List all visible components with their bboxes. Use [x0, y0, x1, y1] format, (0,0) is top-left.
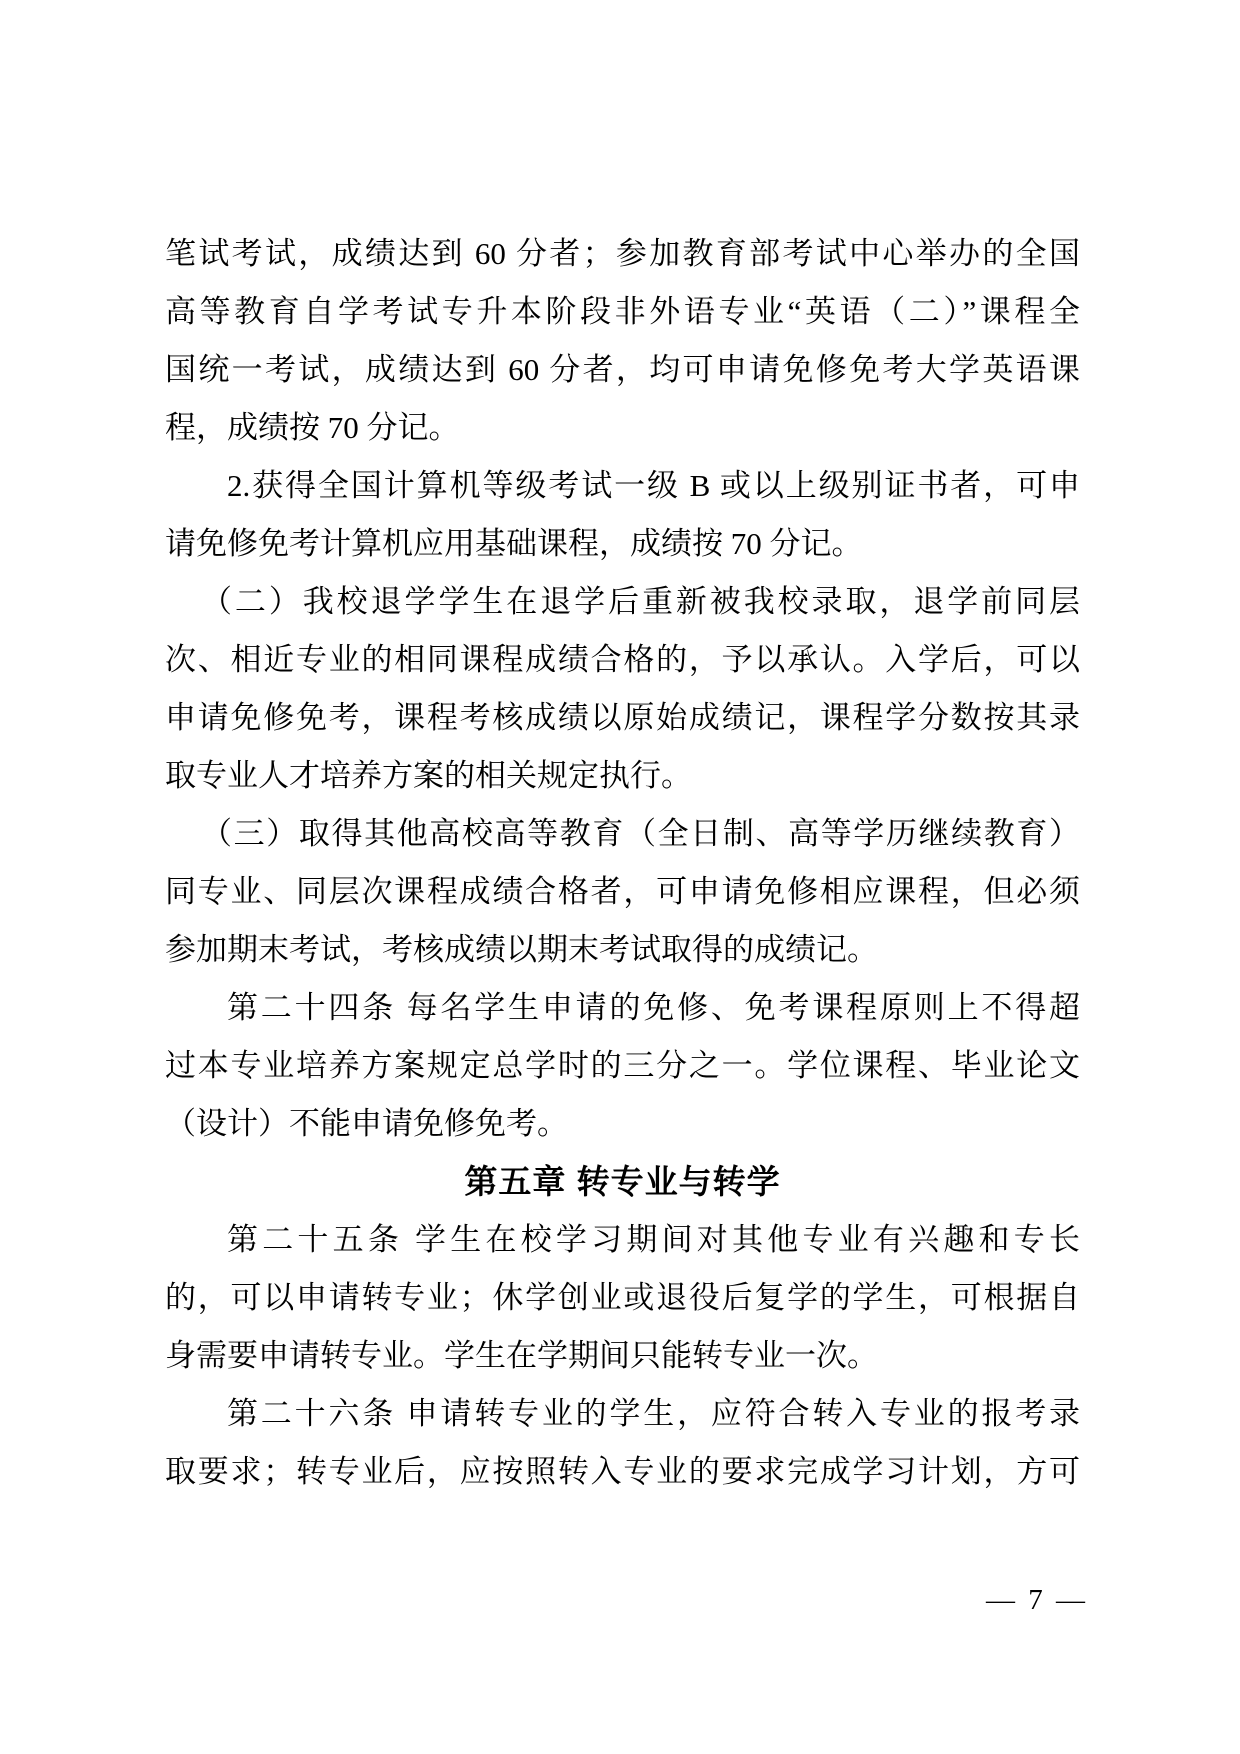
body-text-line: 过本专业培养方案规定总学时的三分之一。学位课程、毕业论文	[165, 1037, 1080, 1095]
article-26-line: 第二十六条 申请转专业的学生，应符合转入专业的报考录	[165, 1385, 1080, 1443]
body-text-line: 的，可以申请转专业；休学创业或退役后复学的学生，可根据自	[165, 1269, 1080, 1327]
chapter-heading: 第五章 转专业与转学	[165, 1153, 1080, 1211]
article-25-line: 第二十五条 学生在校学习期间对其他专业有兴趣和专长	[165, 1211, 1080, 1269]
article-24-line: 第二十四条 每名学生申请的免修、免考课程原则上不得超	[165, 979, 1080, 1037]
body-text-line: 次、相近专业的相同课程成绩合格的，予以承认。入学后，可以	[165, 631, 1080, 689]
page-number: — 7 —	[986, 1584, 1088, 1617]
document-page: 笔试考试，成绩达到 60 分者；参加教育部考试中心举办的全国 高等教育自学考试专…	[0, 0, 1240, 1754]
body-text-line: 2.获得全国计算机等级考试一级 B 或以上级别证书者，可申	[165, 457, 1080, 515]
body-text-line: 高等教育自学考试专升本阶段非外语专业“英语（二）”课程全	[165, 283, 1080, 341]
body-text-line: （设计）不能申请免修免考。	[165, 1095, 1080, 1153]
body-text-line: 同专业、同层次课程成绩合格者，可申请免修相应课程，但必须	[165, 863, 1080, 921]
body-text-line: 取专业人才培养方案的相关规定执行。	[165, 747, 1080, 805]
body-text-line: 笔试考试，成绩达到 60 分者；参加教育部考试中心举办的全国	[165, 225, 1080, 283]
body-text-block: 笔试考试，成绩达到 60 分者；参加教育部考试中心举办的全国 高等教育自学考试专…	[165, 225, 1080, 1501]
body-text-line: 申请免修免考，课程考核成绩以原始成绩记，课程学分数按其录	[165, 689, 1080, 747]
body-text-line: 身需要申请转专业。学生在学期间只能转专业一次。	[165, 1327, 1080, 1385]
body-text-line: （三）取得其他高校高等教育（全日制、高等学历继续教育）	[165, 805, 1080, 863]
body-text-line: 国统一考试，成绩达到 60 分者，均可申请免修免考大学英语课	[165, 341, 1080, 399]
body-text-line: 请免修免考计算机应用基础课程，成绩按 70 分记。	[165, 515, 1080, 573]
body-text-line: （二）我校退学学生在退学后重新被我校录取，退学前同层	[165, 573, 1080, 631]
body-text-line: 取要求；转专业后，应按照转入专业的要求完成学习计划，方可	[165, 1443, 1080, 1501]
body-text-line: 参加期末考试，考核成绩以期末考试取得的成绩记。	[165, 921, 1080, 979]
body-text-line: 程，成绩按 70 分记。	[165, 399, 1080, 457]
